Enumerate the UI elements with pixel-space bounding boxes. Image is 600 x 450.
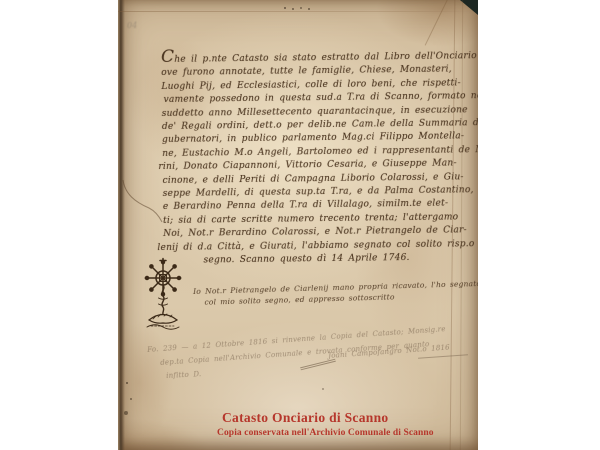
- page-top-edge-crease: [118, 11, 470, 12]
- pen-slash-mark: [300, 359, 336, 371]
- corner-fold-crease: [425, 0, 449, 46]
- manuscript-line: segno. Scanno questo dì 14 Aprile 1746.: [203, 251, 467, 268]
- notary-signum-icon: [143, 256, 183, 338]
- top-right-corner-shadow: [456, 0, 478, 15]
- notary-attestation-note: Io Not.r Pietrangelo de Ciarlenij mano p…: [193, 278, 478, 308]
- scanner-background: 04 Che il p.nte Catasto sia stato estrat…: [0, 0, 600, 450]
- page-left-edge-shadow: [118, 0, 125, 450]
- manuscript-page-scan: 04 Che il p.nte Catasto sia stato estrat…: [118, 0, 478, 450]
- ink-specks: [126, 382, 128, 384]
- manuscript-text-block: Che il p.nte Catasto sia stato estratto …: [161, 48, 468, 268]
- margin-pen-stroke-icon: [119, 178, 165, 224]
- folio-pencil-mark: 04: [127, 22, 137, 30]
- faded-annotation: infitto D.: [166, 370, 202, 381]
- caption-title: Catasto Onciario di Scanno: [222, 410, 388, 425]
- top-edge-ink-dots: [284, 7, 286, 9]
- caption-subtitle: Copia conservata nell'Archivio Comunale …: [217, 428, 434, 439]
